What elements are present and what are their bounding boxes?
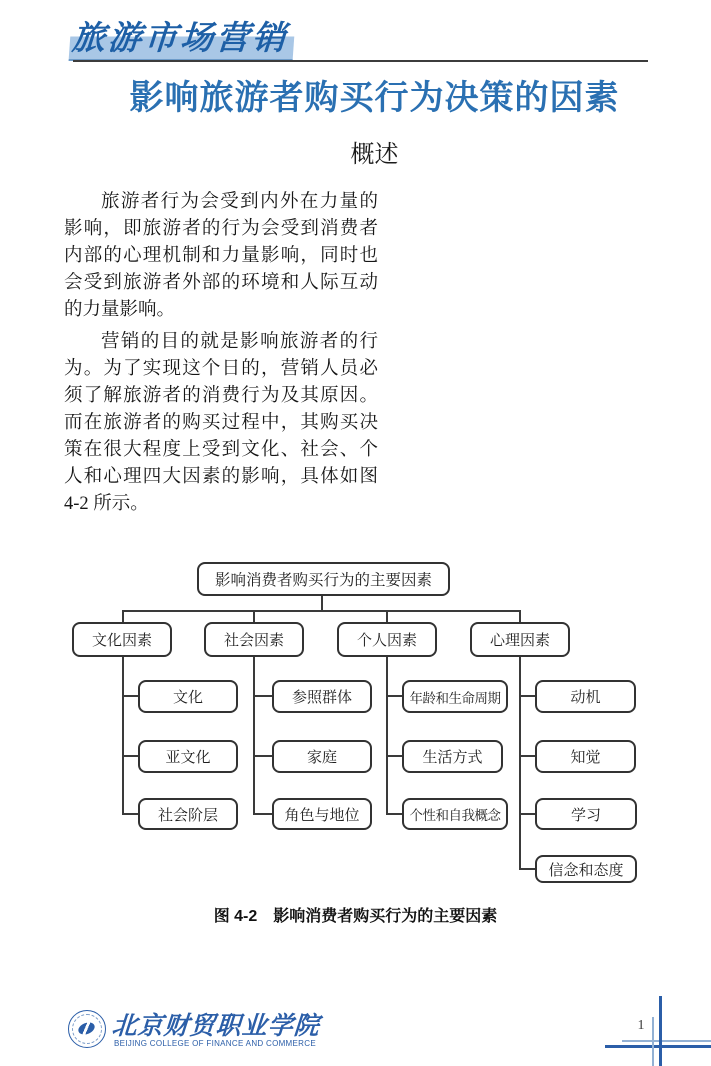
college-logo-icon xyxy=(68,1010,106,1048)
connector-line xyxy=(253,695,272,697)
paragraph: 旅游者行为会受到内外在力量的影响，即旅游者的行为会受到消费者内部的心理机制和力量… xyxy=(64,189,378,324)
page-subtitle: 概述 xyxy=(38,140,711,170)
connector-line xyxy=(519,657,521,870)
node-beliefs-attitudes: 信念和态度 xyxy=(535,855,637,883)
node-social-factors: 社会因素 xyxy=(204,622,304,657)
node-main-factors: 影响消费者购买行为的主要因素 xyxy=(197,562,450,596)
connector-line xyxy=(519,755,535,757)
node-lifestyle: 生活方式 xyxy=(402,740,503,773)
node-subculture: 亚文化 xyxy=(138,740,238,773)
connector-line xyxy=(519,610,521,622)
node-motivation: 动机 xyxy=(535,680,636,713)
corner-line-light-horizontal xyxy=(622,1040,711,1042)
figure-caption: 图 4-2 影响消费者购买行为的主要因素 xyxy=(0,903,711,926)
node-age-and-lifecycle: 年龄和生命周期 xyxy=(402,680,508,713)
page-title: 影响旅游者购买行为决策的因素 xyxy=(38,78,711,118)
connector-line xyxy=(386,755,402,757)
node-culture: 文化 xyxy=(138,680,238,713)
connector-line xyxy=(519,813,535,815)
series-title: 旅游市场营销 xyxy=(69,20,296,61)
node-personality-self-concept: 个性和自我概念 xyxy=(402,798,508,830)
connector-line xyxy=(122,813,138,815)
connector-line xyxy=(253,813,272,815)
college-name-chinese: 北京财贸职业学院 xyxy=(111,1006,322,1042)
connector-line xyxy=(122,610,124,622)
node-family: 家庭 xyxy=(272,740,372,773)
connector-line xyxy=(122,755,138,757)
title-block: 影响旅游者购买行为决策的因素 概述 xyxy=(0,78,711,170)
connector-line xyxy=(519,695,535,697)
node-psychological-factors: 心理因素 xyxy=(470,622,570,657)
connector-line xyxy=(122,657,124,815)
connector-line xyxy=(386,610,388,622)
node-cultural-factors: 文化因素 xyxy=(72,622,172,657)
paragraph: 营销的目的就是影响旅游者的行为。为了实现这个日的，营销人员必须了解旅游者的消费行… xyxy=(64,329,378,518)
connector-line xyxy=(253,755,272,757)
node-roles-and-status: 角色与地位 xyxy=(272,798,372,830)
connector-line xyxy=(386,695,402,697)
college-name-english: BEIJING COLLEGE OF FINANCE AND COMMERCE xyxy=(114,1039,316,1048)
connector-line xyxy=(253,657,255,815)
body-text-column: 旅游者行为会受到内外在力量的影响，即旅游者的行为会受到消费者内部的心理机制和力量… xyxy=(64,189,378,523)
connector-line xyxy=(321,596,323,611)
connector-line xyxy=(386,813,402,815)
corner-line-light-vertical xyxy=(652,1017,654,1066)
node-social-class: 社会阶层 xyxy=(138,798,238,830)
node-personal-factors: 个人因素 xyxy=(337,622,437,657)
connector-line xyxy=(519,868,535,870)
node-reference-groups: 参照群体 xyxy=(272,680,372,713)
connector-line xyxy=(122,695,138,697)
page-number: 1 xyxy=(633,1018,649,1034)
document-page: 旅游市场营销 影响旅游者购买行为决策的因素 概述 旅游者行为会受到内外在力量的影… xyxy=(0,0,711,1066)
node-learning: 学习 xyxy=(535,798,637,830)
corner-line-dark-horizontal xyxy=(605,1045,711,1048)
connector-line xyxy=(122,610,521,612)
header-rule xyxy=(73,60,648,62)
corner-line-dark-vertical xyxy=(659,996,662,1066)
node-perception: 知觉 xyxy=(535,740,636,773)
connector-line xyxy=(386,657,388,815)
connector-line xyxy=(253,610,255,622)
